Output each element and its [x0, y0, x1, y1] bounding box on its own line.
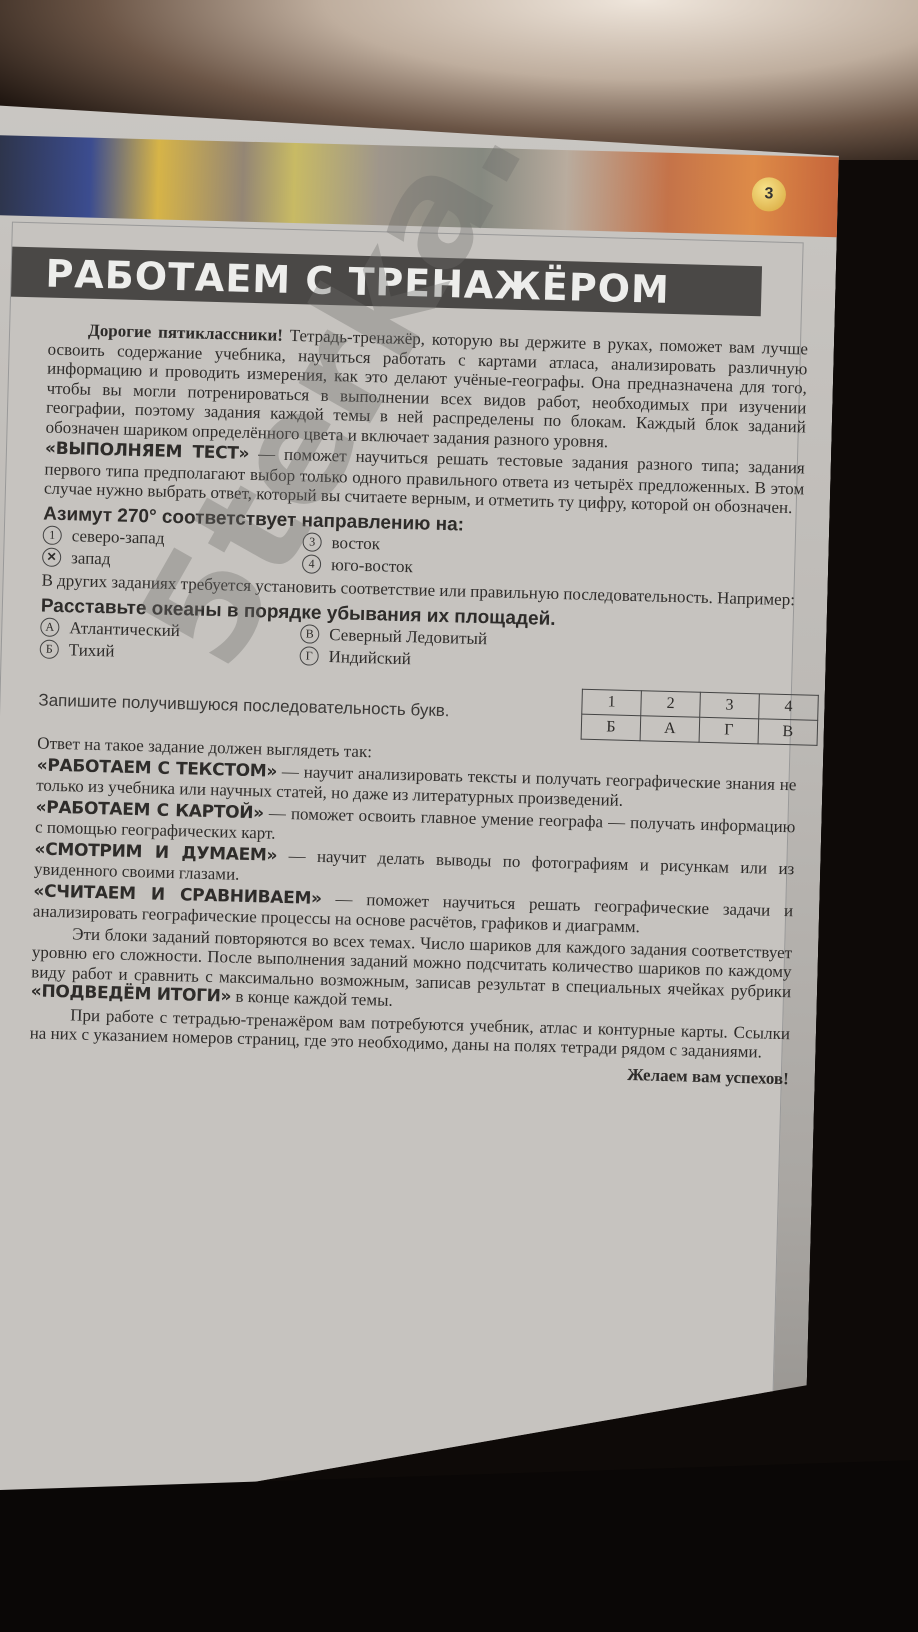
intro-paragraph: Дорогие пятиклассники! Тетрадь-тренажёр,…: [45, 320, 808, 457]
header-photo-strip: [0, 135, 839, 237]
summary-block-name: «ПОДВЕДЁМ ИТОГИ»: [31, 981, 232, 1006]
example2-option: БТихий: [40, 639, 300, 665]
summary-block-text: в конце каждой темы.: [231, 987, 393, 1010]
example2-option: ГИндийский: [299, 646, 559, 672]
letter-cell: А: [640, 716, 700, 743]
letter-cell: Г: [699, 717, 759, 744]
option-label: северо-запад: [71, 526, 164, 548]
example1-option-selected: ✕запад: [42, 547, 302, 573]
example2-instruction: Запишите получившуюся последовательность…: [38, 690, 450, 720]
position-cell: 3: [700, 692, 760, 719]
option-number-circle-icon: 4: [302, 554, 321, 573]
option-letter-circle-icon: Б: [40, 639, 59, 658]
option-letter-circle-icon: А: [40, 618, 59, 637]
option-label: Северный Ледовитый: [329, 625, 487, 649]
option-label: Индийский: [328, 647, 411, 669]
instruction-row: Запишите получившуюся последовательность…: [38, 674, 799, 745]
position-cell: 4: [759, 694, 819, 721]
content-frame: РАБОТАЕМ С ТРЕНАЖЁРОМ Дорогие пятиклассн…: [0, 222, 804, 1544]
option-number-circle-icon: 3: [302, 533, 321, 552]
position-cell: 1: [582, 689, 642, 716]
letter-cell: В: [758, 719, 818, 746]
option-label: юго-восток: [331, 555, 413, 577]
option-number-circle-icon: 1: [43, 526, 62, 545]
title-bar: РАБОТАЕМ С ТРЕНАЖЁРОМ: [11, 247, 762, 317]
answer-table-letters: Б А Г В: [581, 714, 818, 745]
crossed-circle-icon: ✕: [42, 547, 61, 566]
option-label: Тихий: [69, 640, 115, 661]
dark-background: [0, 1460, 918, 1632]
option-label: запад: [71, 548, 111, 569]
letter-cell: Б: [581, 714, 641, 741]
example1-option: 4юго-восток: [302, 554, 562, 580]
page-title: РАБОТАЕМ С ТРЕНАЖЁРОМ: [45, 252, 670, 312]
workbook-page: 3 РАБОТАЕМ С ТРЕНАЖЁРОМ Дорогие пятиклас…: [0, 105, 840, 1557]
option-letter-circle-icon: Г: [299, 646, 318, 665]
option-label: восток: [331, 533, 380, 554]
intro-text: Тетрадь-тренажёр, которую вы держите в р…: [45, 326, 808, 451]
option-letter-circle-icon: В: [300, 625, 319, 644]
page-content: Дорогие пятиклассники! Тетрадь-тренажёр,…: [29, 320, 808, 1089]
position-cell: 2: [641, 691, 701, 718]
option-label: Атлантический: [69, 618, 180, 640]
answer-table: 1 2 3 4 Б А Г В: [581, 689, 819, 746]
